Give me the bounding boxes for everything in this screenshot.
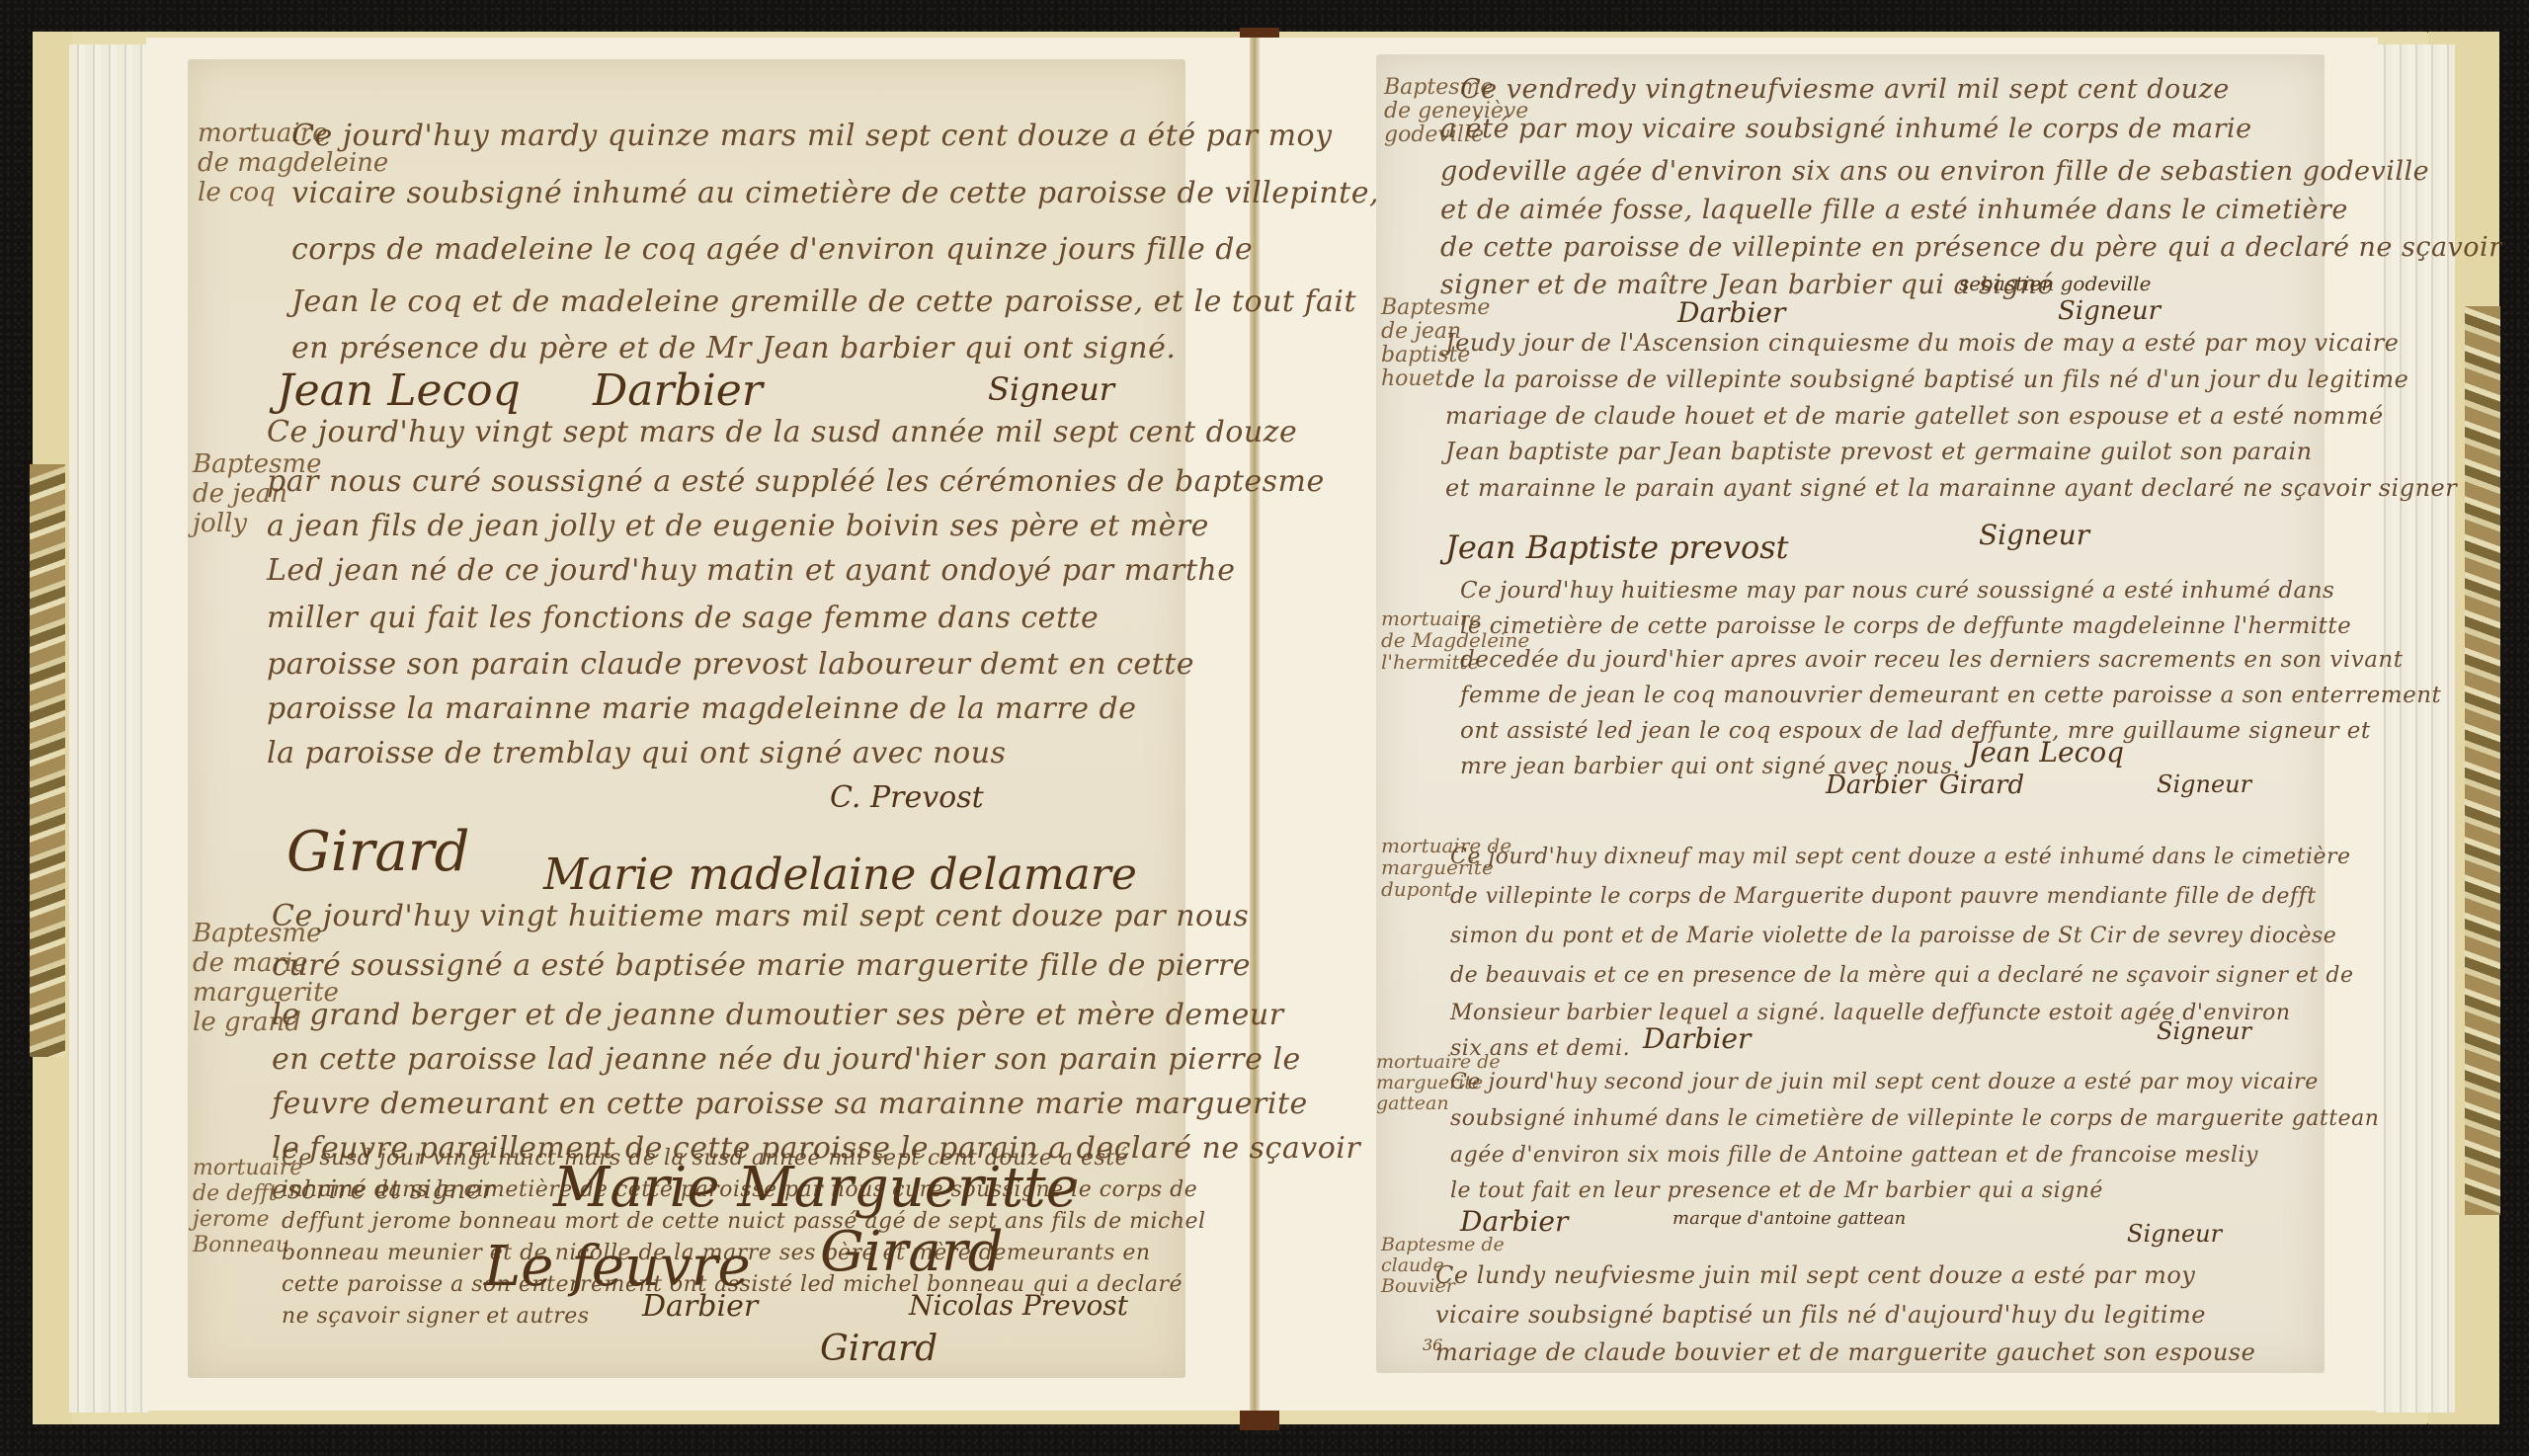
page-block-edge-left xyxy=(69,44,148,1413)
text-line: Led jean né de ce jourd'huy matin et aya… xyxy=(267,553,1236,588)
text-line: la paroisse de tremblay qui ont signé av… xyxy=(267,736,1006,770)
text-line: Ce lundy neufviesme juin mil sept cent d… xyxy=(1435,1261,2195,1289)
signature: Signeur xyxy=(2157,1017,2251,1045)
signature: Marie madelaine delamare xyxy=(543,849,1137,900)
text-line: Ce jourd'huy vingt sept mars de la susd … xyxy=(267,415,1297,449)
text-line: le tout fait en leur presence et de Mr b… xyxy=(1450,1178,2103,1203)
signature: Signeur xyxy=(1979,519,2089,551)
signature: Signeur xyxy=(2058,296,2161,326)
text-line: en présence du père et de Mr Jean barbie… xyxy=(291,331,1176,365)
text-line: de beauvais et ce en presence de la mère… xyxy=(1450,963,2354,988)
text-line: a jean fils de jean jolly et de eugenie … xyxy=(267,509,1209,543)
text-line: paroisse la marainne marie magdeleinne d… xyxy=(267,691,1136,726)
text-line: vicaire soubsigné inhumé au cimetière de… xyxy=(291,176,1417,210)
text-line: a été par moy vicaire soubsigné inhumé l… xyxy=(1440,114,2252,144)
signature: Jean Baptiste prevost xyxy=(1445,528,1789,566)
signature: Darbier xyxy=(1643,1022,1751,1055)
text-line: Ce jourd'huy mardy quinze mars mil sept … xyxy=(291,119,1333,153)
text-line: inhumé dans le cimetière de cette parois… xyxy=(282,1177,1197,1202)
text-line: paroisse son parain claude prevost labou… xyxy=(267,647,1194,682)
text-line: godeville agée d'environ six ans ou envi… xyxy=(1440,156,2429,187)
signature: Girard xyxy=(1939,770,2024,800)
text-line: vicaire soubsigné baptisé un fils né d'a… xyxy=(1435,1301,2206,1329)
text-line: bonneau meunier et de nicolle de la marr… xyxy=(282,1241,1151,1265)
text-line: corps de madeleine le coq agée d'environ… xyxy=(291,232,1253,267)
signature: sebastien godeville xyxy=(1959,272,2151,295)
text-line: Jean baptiste par Jean baptiste prevost … xyxy=(1445,438,2313,465)
text-line: de la paroisse de villepinte soubsigné b… xyxy=(1445,365,2408,393)
text-line: decedée du jourd'hier apres avoir receu … xyxy=(1460,647,2403,673)
signature: Darbier xyxy=(642,1289,758,1324)
text-line: par nous curé soussigné a esté suppléé l… xyxy=(267,464,1325,499)
manuscript-sheet-right: Baptesme de geneviève godeville Ce vendr… xyxy=(1376,54,2325,1373)
text-line: Ce jourd'huy dixneuf may mil sept cent d… xyxy=(1450,845,2351,869)
text-line: deffunt jerome bonneau mort de cette nui… xyxy=(282,1209,1206,1234)
signature: C. Prevost xyxy=(830,780,984,815)
text-line: ne sçavoir signer et autres xyxy=(282,1304,590,1329)
text-line: Jean le coq et de madeleine gremille de … xyxy=(291,284,1356,319)
signature: Nicolas Prevost xyxy=(909,1289,1128,1322)
signature: Signeur xyxy=(2157,770,2251,798)
signature: Signeur xyxy=(2127,1220,2222,1248)
text-line: mariage de claude bouvier et de margueri… xyxy=(1435,1338,2255,1366)
text-line: feuvre demeurant en cette paroisse sa ma… xyxy=(272,1087,1308,1121)
text-line: Ce jourd'huy huitiesme may par nous curé… xyxy=(1460,578,2334,604)
text-line: curé soussigné a esté baptisée marie mar… xyxy=(272,948,1251,983)
text-line: simon du pont et de Marie violette de la… xyxy=(1450,924,2336,948)
text-line: miller qui fait les fonctions de sage fe… xyxy=(267,601,1099,635)
text-line: Jeudy jour de l'Ascension cinquiesme du … xyxy=(1445,329,2399,357)
text-line: agée d'environ six mois fille de Antoine… xyxy=(1450,1143,2258,1168)
text-line: le cimetière de cette paroisse le corps … xyxy=(1460,613,2351,639)
signature: Darbier xyxy=(593,365,763,416)
signature: marque d'antoine gattean xyxy=(1672,1208,1906,1229)
text-line: de villepinte le corps de Marguerite dup… xyxy=(1450,884,2317,909)
signature: Signeur xyxy=(988,370,1114,408)
text-line: ont assisté led jean le coq espoux de la… xyxy=(1460,718,2371,744)
text-line: Ce jourd'huy second jour de juin mil sep… xyxy=(1450,1070,2319,1094)
text-line: en cette paroisse lad jeanne née du jour… xyxy=(272,1042,1301,1077)
text-line: soubsigné inhumé dans le cimetière de vi… xyxy=(1450,1106,2379,1131)
text-line: Ce vendredy vingtneufviesme avril mil se… xyxy=(1460,74,2230,105)
text-line: femme de jean le coq manouvrier demeuran… xyxy=(1460,683,2441,708)
text-line: le grand berger et de jeanne dumoutier s… xyxy=(272,998,1284,1032)
marbled-endpaper-left xyxy=(30,464,65,1057)
folio-number: 36 xyxy=(1423,1335,1442,1354)
text-line: Ce susd jour vingt huict mars de la susd… xyxy=(282,1146,1128,1171)
text-line: et marainne le parain ayant signé et la … xyxy=(1445,474,2457,502)
text-line: de cette paroisse de villepinte en prése… xyxy=(1440,232,2502,263)
signature: Jean Lecoq xyxy=(277,365,521,416)
signature: Girard xyxy=(286,820,469,884)
signature: Girard xyxy=(820,1329,938,1369)
signature: Jean Lecoq xyxy=(1969,736,2124,768)
signature: Darbier xyxy=(1826,770,1926,800)
text-line: mariage de claude houet et de marie gate… xyxy=(1445,402,2384,430)
text-line: Ce jourd'huy vingt huitieme mars mil sep… xyxy=(272,899,1249,933)
signature: Darbier xyxy=(1677,296,1785,329)
text-line: et de aimée fosse, laquelle fille a esté… xyxy=(1440,195,2348,225)
marbled-endpaper-right xyxy=(2465,306,2500,1215)
